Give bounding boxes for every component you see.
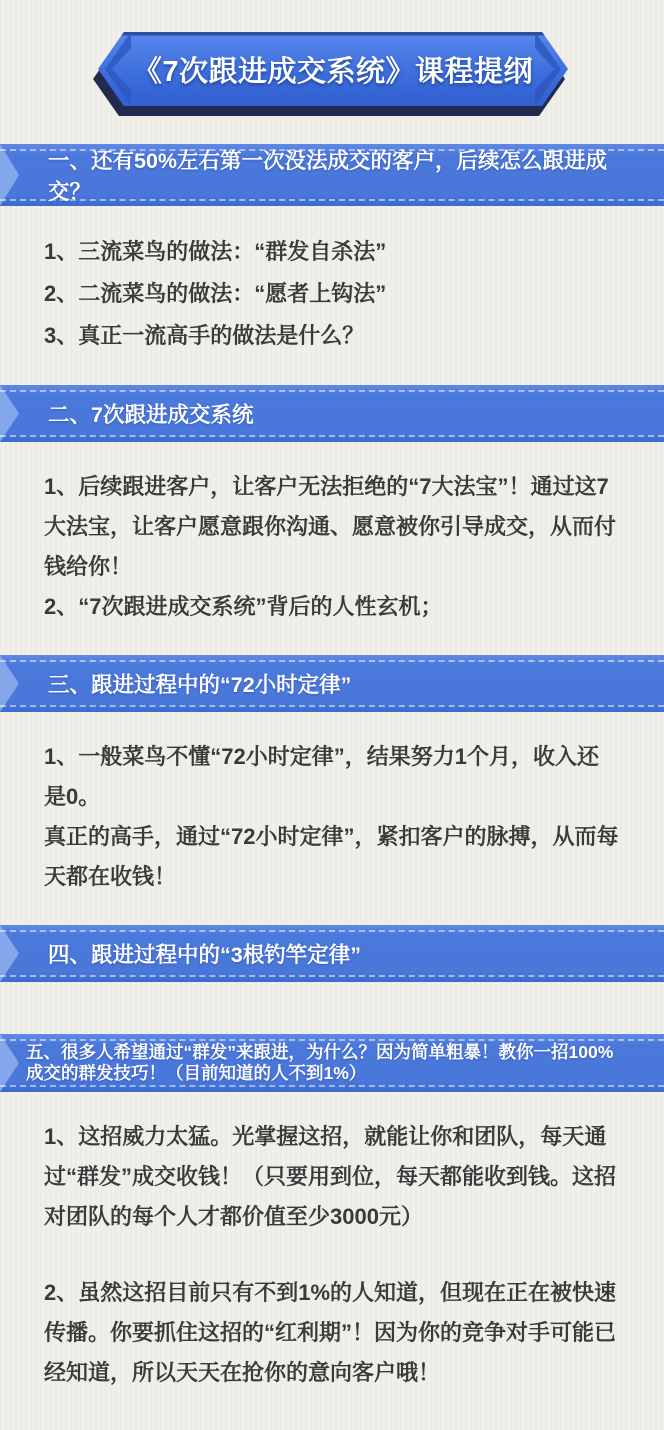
section-body: 1、这招威力太猛。光掌握这招，就能让你和团队，每天通过“群发”成交收钱！（只要用… xyxy=(0,1092,664,1421)
chevron-right-icon xyxy=(0,655,19,712)
section-heading: 三、跟进过程中的“72小时定律” xyxy=(48,668,351,699)
section-body xyxy=(0,982,664,1034)
banner-ribbon: 《7次跟进成交系统》课程提纲 xyxy=(98,32,568,106)
outline-item: 3、真正一流高手的做法是什么？ xyxy=(44,315,620,357)
section-4: 四、跟进过程中的“3根钓竿定律” xyxy=(0,925,664,1034)
section-body: 1、后续跟进客户，让客户无法拒绝的“7大法宝”！通过这7大法宝，让客户愿意跟你沟… xyxy=(0,442,664,655)
section-2: 二、7次跟进成交系统1、后续跟进客户，让客户无法拒绝的“7大法宝”！通过这7大法… xyxy=(0,385,664,655)
outline-item: 真正的高手，通过“72小时定律”，紧扣客户的脉搏，从而每天都在收钱！ xyxy=(44,817,620,897)
page-title: 《7次跟进成交系统》课程提纲 xyxy=(98,32,568,106)
section-1: 一、还有50%左右第一次没法成交的客户，后续怎么跟进成交？1、三流菜鸟的做法：“… xyxy=(0,144,664,385)
sections: 一、还有50%左右第一次没法成交的客户，后续怎么跟进成交？1、三流菜鸟的做法：“… xyxy=(0,144,664,1421)
chevron-right-icon xyxy=(0,144,19,206)
section-heading-bar: 五、很多人希望通过“群发”来跟进，为什么？因为简单粗暴！教你一招100%成交的群… xyxy=(0,1034,664,1092)
outline-item: 1、一般菜鸟不懂“72小时定律”，结果努力1个月，收入还是0。 xyxy=(44,737,620,817)
chevron-right-icon xyxy=(0,385,19,442)
poster-root: 《7次跟进成交系统》课程提纲 一、还有50%左右第一次没法成交的客户，后续怎么跟… xyxy=(0,32,664,1421)
section-heading: 二、7次跟进成交系统 xyxy=(48,398,253,429)
section-5: 五、很多人希望通过“群发”来跟进，为什么？因为简单粗暴！教你一招100%成交的群… xyxy=(0,1034,664,1421)
section-heading-bar: 一、还有50%左右第一次没法成交的客户，后续怎么跟进成交？ xyxy=(0,144,664,206)
outline-item: 1、三流菜鸟的做法：“群发自杀法” xyxy=(44,231,620,273)
section-heading-bar: 四、跟进过程中的“3根钓竿定律” xyxy=(0,925,664,982)
outline-item: 2、“7次跟进成交系统”背后的人性玄机； xyxy=(44,587,620,627)
title-banner: 《7次跟进成交系统》课程提纲 xyxy=(93,32,571,116)
section-heading-bar: 二、7次跟进成交系统 xyxy=(0,385,664,442)
section-heading: 五、很多人希望通过“群发”来跟进，为什么？因为简单粗暴！教你一招100%成交的群… xyxy=(26,1042,620,1084)
section-body: 1、三流菜鸟的做法：“群发自杀法”2、二流菜鸟的做法：“愿者上钩法”3、真正一流… xyxy=(0,206,664,385)
outline-item: 1、这招威力太猛。光掌握这招，就能让你和团队，每天通过“群发”成交收钱！（只要用… xyxy=(44,1117,620,1237)
section-heading: 四、跟进过程中的“3根钓竿定律” xyxy=(48,938,361,969)
section-heading: 一、还有50%左右第一次没法成交的客户，后续怎么跟进成交？ xyxy=(48,144,644,206)
outline-item: 1、后续跟进客户，让客户无法拒绝的“7大法宝”！通过这7大法宝，让客户愿意跟你沟… xyxy=(44,467,620,587)
section-heading-bar: 三、跟进过程中的“72小时定律” xyxy=(0,655,664,712)
outline-item: 2、二流菜鸟的做法：“愿者上钩法” xyxy=(44,273,620,315)
section-3: 三、跟进过程中的“72小时定律”1、一般菜鸟不懂“72小时定律”，结果努力1个月… xyxy=(0,655,664,925)
chevron-right-icon xyxy=(0,925,19,982)
outline-item: 2、虽然这招目前只有不到1%的人知道，但现在正在被快速传播。你要抓住这招的“红利… xyxy=(44,1273,620,1393)
chevron-right-icon xyxy=(0,1034,19,1092)
section-body: 1、一般菜鸟不懂“72小时定律”，结果努力1个月，收入还是0。真正的高手，通过“… xyxy=(0,712,664,925)
